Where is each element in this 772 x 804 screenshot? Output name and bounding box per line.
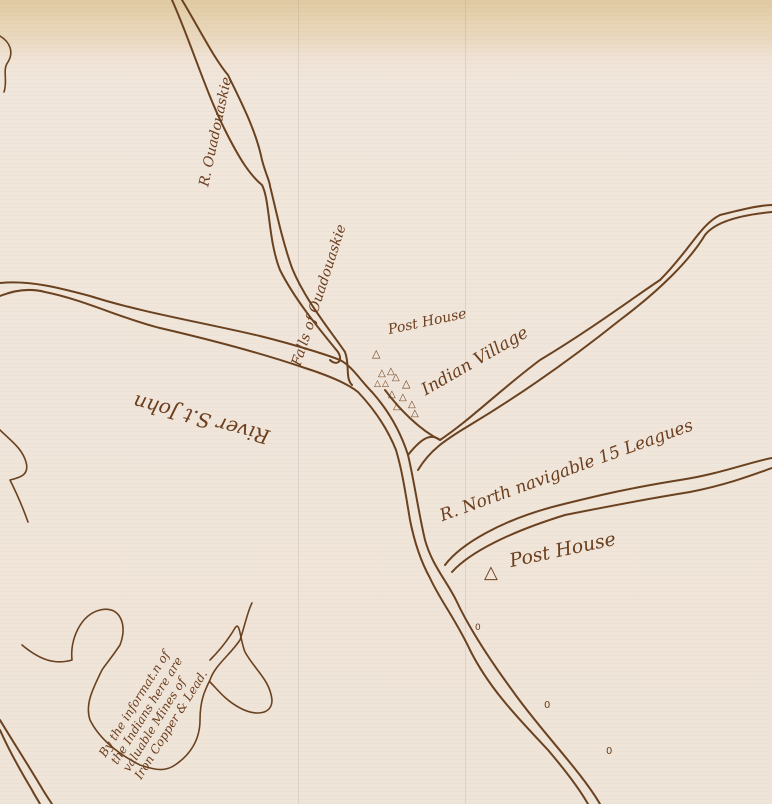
island-marker: 0 [475,622,481,635]
manuscript-map: R. Ouadouaskie Falls of Ouadouaskie Rive… [0,0,772,804]
island-marker: 0 [544,699,550,712]
river-lines [0,0,772,804]
post-house-north-marker: △ [372,347,380,360]
village-hut-icon: △ [392,371,400,384]
post-house-south-marker: △ [484,564,498,582]
village-hut-icon: △ [402,377,410,390]
island-marker: 0 [606,745,612,758]
village-hut-icon: △ [411,407,419,420]
village-hut-icon: △ [393,400,401,413]
village-hut-icon: △ [374,378,381,391]
